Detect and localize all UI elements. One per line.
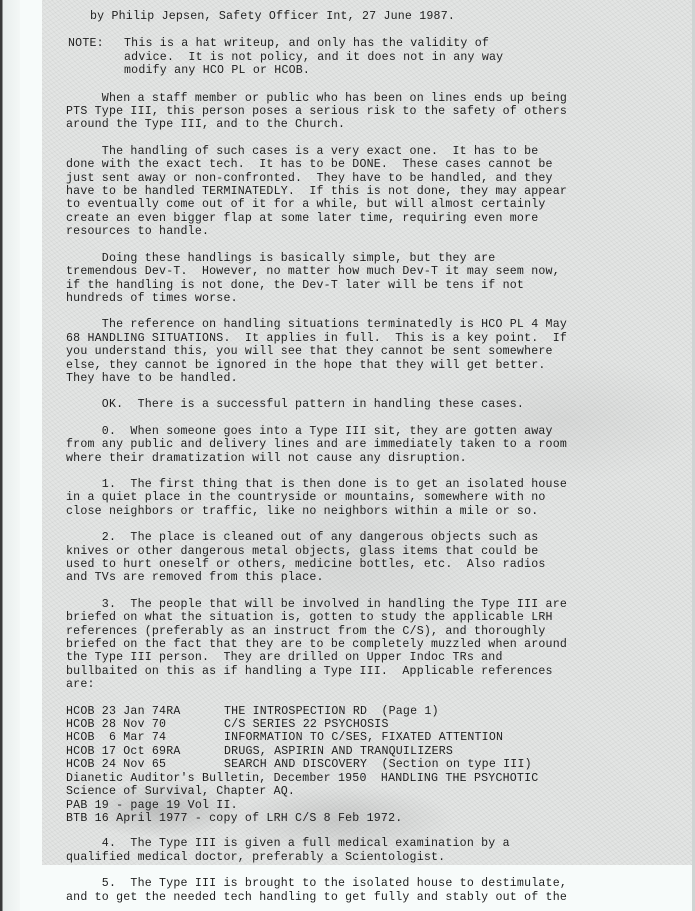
paragraph-line: 2. The place is cleaned out of any dange… (66, 531, 626, 544)
reference-code: HCOB 6 Mar 74 (66, 731, 224, 744)
paragraph: 3. The people that will be involved in h… (66, 598, 626, 692)
paragraph-line: The handling of such cases is a very exa… (66, 145, 626, 158)
paragraph-line: where their dramatization will not cause… (66, 452, 626, 465)
reference-text: BTB 16 April 1977 - copy of LRH C/S 8 Fe… (66, 812, 402, 825)
paragraph-line: resources to handle. (66, 225, 626, 238)
paragraph: 2. The place is cleaned out of any dange… (66, 531, 626, 585)
paragraph-line: just sent away or non-confronted. They h… (66, 172, 626, 185)
paragraph-line: if the handling is not done, the Dev-T l… (66, 279, 626, 292)
reference-title: THE INTROSPECTION RD (Page 1) (224, 705, 439, 718)
reference-item: HCOB 6 Mar 74INFORMATION TO C/SES, FIXAT… (66, 731, 626, 744)
paragraph-line: 5. The Type III is brought to the isolat… (66, 877, 626, 890)
paragraph-line: and TVs are removed from this place. (66, 571, 626, 584)
paragraph-line: you understand this, you will see that t… (66, 345, 626, 358)
reference-item: Dianetic Auditor's Bulletin, December 19… (66, 772, 626, 785)
reference-item: BTB 16 April 1977 - copy of LRH C/S 8 Fe… (66, 812, 626, 825)
reference-title: DRUGS, ASPIRIN AND TRANQUILIZERS (224, 745, 453, 758)
paragraph-line: references (preferably as an instruct fr… (66, 625, 626, 638)
paragraph-line: briefed on what the situation is, gotten… (66, 611, 626, 624)
paragraph: 1. The first thing that is then done is … (66, 478, 626, 518)
paragraph: OK. There is a successful pattern in han… (66, 398, 626, 411)
reference-title: C/S SERIES 22 PSYCHOSIS (224, 718, 389, 731)
paragraph-line: to eventually come out of it for a while… (66, 198, 626, 211)
note-text: This is a hat writeup, and only has the … (124, 37, 503, 77)
paragraph-line: briefed on the fact that they are to be … (66, 638, 626, 651)
paragraph-line: They have to be handled. (66, 372, 626, 385)
paragraph-line: OK. There is a successful pattern in han… (66, 398, 626, 411)
reference-code: HCOB 23 Jan 74RA (66, 705, 224, 718)
paragraph: 4. The Type III is given a full medical … (66, 837, 626, 864)
paragraph-line: close neighbors or traffic, like no neig… (66, 505, 626, 518)
reference-code: HCOB 17 Oct 69RA (66, 745, 224, 758)
paragraph-line: The reference on handling situations ter… (66, 318, 626, 331)
paragraph-line: bullbaited on this as if handling a Type… (66, 665, 626, 678)
paragraph-line: from any public and delivery lines and a… (66, 438, 626, 451)
paragraph: The handling of such cases is a very exa… (66, 145, 626, 239)
paragraph-line: used to hurt oneself or others, medicine… (66, 558, 626, 571)
paragraph-line: Doing these handlings is basically simpl… (66, 252, 626, 265)
reference-code: HCOB 28 Nov 70 (66, 718, 224, 731)
paragraph-line: else, they cannot be ignored in the hope… (66, 359, 626, 372)
paragraph: When a staff member or public who has be… (66, 92, 626, 132)
body-paragraphs: When a staff member or public who has be… (66, 92, 626, 692)
paragraph: The reference on handling situations ter… (66, 318, 626, 385)
paragraph-line: 3. The people that will be involved in h… (66, 598, 626, 611)
scanner-left-edge (0, 0, 20, 911)
paragraph-line: 4. The Type III is given a full medical … (66, 837, 626, 850)
reference-code: HCOB 24 Nov 65 (66, 758, 224, 771)
paragraph-line: knives or other dangerous metal objects,… (66, 545, 626, 558)
paragraph: 0. When someone goes into a Type III sit… (66, 425, 626, 465)
reference-text: PAB 19 - page 19 Vol II. (66, 799, 238, 812)
paragraph-line: create an even bigger flap at some later… (66, 212, 626, 225)
reference-item: HCOB 28 Nov 70C/S SERIES 22 PSYCHOSIS (66, 718, 626, 731)
paragraph-line: qualified medical doctor, preferably a S… (66, 851, 626, 864)
paragraph-line: hundreds of times worse. (66, 292, 626, 305)
paragraph-line: done with the exact tech. It has to be D… (66, 158, 626, 171)
closing-paragraphs: 4. The Type III is given a full medical … (66, 837, 626, 904)
reference-item: PAB 19 - page 19 Vol II. (66, 799, 626, 812)
paragraph-line: have to be handled TERMINATEDLY. If this… (66, 185, 626, 198)
paragraph-line: the Type III person. They are drilled on… (66, 651, 626, 664)
paragraph: Doing these handlings is basically simpl… (66, 252, 626, 306)
reference-title: INFORMATION TO C/SES, FIXATED ATTENTION (224, 731, 503, 744)
byline: by Philip Jepsen, Safety Officer Int, 27… (90, 10, 626, 23)
paragraph-line: 68 HANDLING SITUATIONS. It applies in fu… (66, 332, 626, 345)
reference-item: HCOB 23 Jan 74RATHE INTROSPECTION RD (Pa… (66, 705, 626, 718)
reference-title: SEARCH AND DISCOVERY (Section on type II… (224, 758, 532, 771)
reference-item: Science of Survival, Chapter AQ. (66, 785, 626, 798)
paragraph-line: are: (66, 678, 626, 691)
paragraph-line: in a quiet place in the countryside or m… (66, 491, 626, 504)
note-label: NOTE: (68, 37, 124, 77)
reference-item: HCOB 17 Oct 69RADRUGS, ASPIRIN AND TRANQ… (66, 745, 626, 758)
paragraph-line: and to get the needed tech handling to g… (66, 891, 626, 904)
paragraph: 5. The Type III is brought to the isolat… (66, 877, 626, 904)
reference-text: Science of Survival, Chapter AQ. (66, 785, 295, 798)
reference-text: Dianetic Auditor's Bulletin, December 19… (66, 772, 538, 785)
reference-item: HCOB 24 Nov 65SEARCH AND DISCOVERY (Sect… (66, 758, 626, 771)
reference-list: HCOB 23 Jan 74RATHE INTROSPECTION RD (Pa… (66, 705, 626, 826)
paragraph-line: tremendous Dev-T. However, no matter how… (66, 265, 626, 278)
document-body: by Philip Jepsen, Safety Officer Int, 27… (66, 10, 626, 911)
note-block: NOTE: This is a hat writeup, and only ha… (68, 37, 626, 77)
paragraph-line: 0. When someone goes into a Type III sit… (66, 425, 626, 438)
paragraph-line: PTS Type III, this person poses a seriou… (66, 105, 626, 118)
paragraph-line: 1. The first thing that is then done is … (66, 478, 626, 491)
paragraph-line: When a staff member or public who has be… (66, 92, 626, 105)
paragraph-line: around the Type III, and to the Church. (66, 118, 626, 131)
